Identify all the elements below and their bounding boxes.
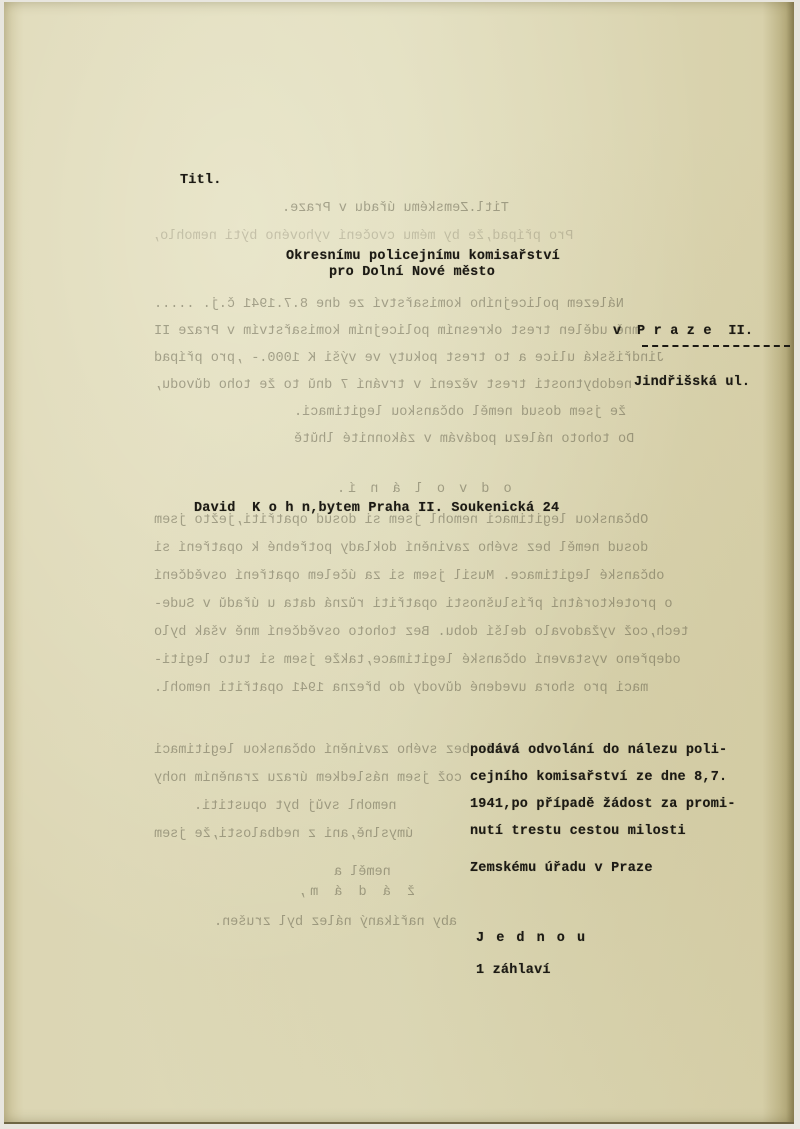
bleed-line: o d v o l á n í.	[334, 483, 512, 497]
bleed-line: což jsem následkem úrazu zraněním nohy	[154, 772, 462, 786]
location-prefix: v	[613, 325, 621, 339]
recipient-line-2: pro Dolní Nové město	[329, 266, 495, 280]
bleed-line: úmyslně,ani z nedbalosti,že jsem	[154, 828, 413, 842]
bleed-line: Občanskou legitimaci nemohl jsem si dosu…	[154, 514, 648, 528]
bleed-line: Pro případ,že by mému cvočení vyhovéno b…	[152, 230, 573, 244]
body-line: nutí trestu cestou milosti	[470, 825, 686, 839]
salutation: Titl.	[180, 174, 222, 188]
bleed-line: neměl a	[334, 866, 391, 880]
bleed-line: o protektorátní příslušnosti opatřiti rů…	[154, 598, 672, 612]
bleed-line: tech,což vyžadovalo delší dobu. Bez toho…	[154, 626, 689, 640]
body-line: Zemskému úřadu v Praze	[470, 862, 653, 876]
bleed-line: mně udělen trest okresním policejním kom…	[154, 325, 640, 339]
body-line: podává odvolání do nálezu poli-	[470, 744, 727, 758]
body-line: cejního komisařství ze dne 8,7.	[470, 771, 727, 785]
bleed-line: Jindřišská ulice a to trest pokuty ve vý…	[154, 352, 664, 366]
copies-note: J e d n o u	[476, 932, 587, 946]
paper-sheet: Titl.Zemskému úřadu v Praze. Pro případ,…	[4, 2, 794, 1124]
bleed-line: občanské legitimace. Musil jsem si za úč…	[154, 570, 664, 584]
location-city: P r a z e II.	[637, 325, 753, 339]
body-line: 1941,po případě žádost za promi-	[470, 798, 736, 812]
bleed-line: aby naříkaný nález byl zrušen.	[214, 916, 457, 930]
bleed-line: ž á d á m,	[294, 886, 415, 900]
bleed-line: Titl.Zemskému úřadu v Praze.	[282, 202, 509, 216]
bleed-line: Do tohoto nálezu podávám v zákonnité lhů…	[294, 433, 634, 447]
bleed-line: že jsem dosud neměl občanskou legitimaci…	[294, 406, 626, 420]
bleed-line: maci pro shora uvedené důvody do března …	[154, 682, 648, 696]
sender-heading: David K o h n,bytem Praha II. Soukenická…	[194, 502, 559, 516]
bleed-line: takže bez svého zavinění občanskou legit…	[154, 744, 519, 758]
bleed-line: odepřeno vystavení občanské legitimace,t…	[154, 654, 681, 668]
bleed-line: nedobytnosti trest vězení v trvání 7 dnů…	[154, 379, 632, 393]
bleed-line: Nálezem policejního komisařství ze dne 8…	[154, 298, 624, 312]
recipient-line-1: Okresnímu policejnímu komisařství	[286, 250, 560, 264]
underline-rule	[642, 345, 790, 347]
bleed-line: dosud neměl bez svého zavinění doklady p…	[154, 542, 648, 556]
location-street: Jindřišská ul.	[634, 376, 750, 390]
attachments-note: 1 záhlaví	[476, 964, 551, 978]
bleed-line: nemohl svůj byt opustiti.	[194, 800, 397, 814]
